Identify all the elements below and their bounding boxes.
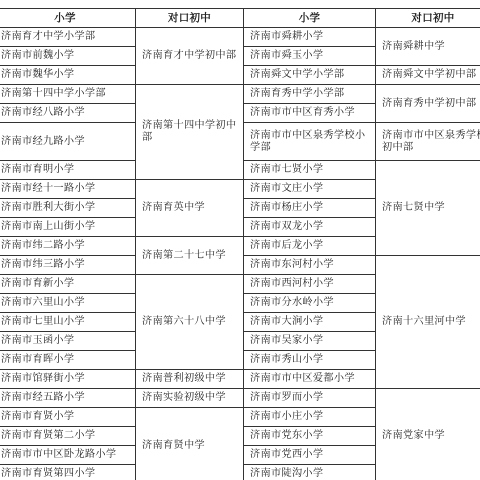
primary-school-cell: 济南市七贤小学 [244, 161, 376, 180]
primary-school-cell: 济南市市中区爱都小学 [244, 370, 376, 389]
primary-school-cell: 济南市育明小学 [0, 161, 136, 180]
header-middle-left: 对口初中 [136, 9, 244, 28]
primary-school-cell: 济南市七里山小学 [0, 313, 136, 332]
primary-school-cell: 济南市魏华小学 [0, 66, 136, 85]
primary-school-cell: 济南市经八路小学 [0, 104, 136, 123]
table-row: 济南市经五路小学 济南实验初级中学 济南市罗而小学 济南党家中学 [0, 389, 480, 408]
primary-school-cell: 济南市育晖小学 [0, 351, 136, 370]
primary-school-cell: 济南市育新小学 [0, 275, 136, 294]
header-middle-right: 对口初中 [376, 9, 480, 28]
primary-school-cell: 济南市经五路小学 [0, 389, 136, 408]
primary-school-cell: 济南第十四中学小学部 [0, 85, 136, 104]
middle-school-cell: 济南舜耕中学 [376, 28, 480, 66]
primary-school-cell: 济南市文庄小学 [244, 180, 376, 199]
middle-school-cell: 济南实验初级中学 [136, 389, 244, 408]
primary-school-cell: 济南市玉函小学 [0, 332, 136, 351]
primary-school-cell: 济南市育贤第四小学 [0, 465, 136, 480]
middle-school-cell: 济南舜文中学初中部 [376, 66, 480, 85]
middle-school-cell: 济南普利初级中学 [136, 370, 244, 389]
middle-school-cell: 济南第六十八中学 [136, 275, 244, 370]
primary-school-cell: 济南市南上山街小学 [0, 218, 136, 237]
primary-school-cell: 济南市党西小学 [244, 446, 376, 465]
primary-school-cell: 济南市育贤第二小学 [0, 427, 136, 446]
primary-school-cell: 济南市市中区泉秀学校小学部 [244, 123, 376, 161]
primary-school-cell: 济南市舜玉小学 [244, 47, 376, 66]
primary-school-cell: 济南市东河村小学 [244, 256, 376, 275]
primary-school-cell: 济南市党东小学 [244, 427, 376, 446]
middle-school-cell: 济南七贤中学 [376, 161, 480, 256]
primary-school-cell: 济南育才中学小学部 [0, 28, 136, 47]
header-primary-left: 小学 [0, 9, 136, 28]
primary-school-cell: 济南育秀中学小学部 [244, 85, 376, 104]
middle-school-cell: 济南第二十七中学 [136, 237, 244, 275]
primary-school-cell: 济南市西河村小学 [244, 275, 376, 294]
table-row: 济南育才中学小学部 济南育才中学初中部 济南市舜耕小学 济南舜耕中学 [0, 28, 480, 47]
primary-school-cell: 济南市大涧小学 [244, 313, 376, 332]
primary-school-cell: 济南市后龙小学 [244, 237, 376, 256]
primary-school-cell: 济南舜文中学小学部 [244, 66, 376, 85]
primary-school-cell: 济南市前魏小学 [0, 47, 136, 66]
primary-school-cell: 济南市胜利大街小学 [0, 199, 136, 218]
middle-school-cell: 济南育秀中学初中部 [376, 85, 480, 123]
middle-school-cell: 济南育才中学初中部 [136, 28, 244, 85]
middle-school-cell: 济南第十四中学初中部 [136, 85, 244, 180]
middle-school-cell: 济南十六里河中学 [376, 256, 480, 389]
primary-school-cell: 济南市馆驿街小学 [0, 370, 136, 389]
primary-school-cell: 济南市舜耕小学 [244, 28, 376, 47]
middle-school-cell: 济南育英中学 [136, 180, 244, 237]
primary-school-cell: 济南市经九路小学 [0, 123, 136, 161]
primary-school-cell: 济南市纬二路小学 [0, 237, 136, 256]
primary-school-cell: 济南市育贤小学 [0, 408, 136, 427]
school-district-table: 小学 对口初中 小学 对口初中 济南育才中学小学部 济南育才中学初中部 济南市舜… [0, 8, 480, 480]
primary-school-cell: 济南市陡沟小学 [244, 465, 376, 480]
primary-school-cell: 济南市六里山小学 [0, 294, 136, 313]
primary-school-cell: 济南市经十一路小学 [0, 180, 136, 199]
primary-school-cell: 济南市纬三路小学 [0, 256, 136, 275]
table-row: 济南第十四中学小学部 济南第十四中学初中部 济南育秀中学小学部 济南育秀中学初中… [0, 85, 480, 104]
primary-school-cell: 济南市市中区育秀小学 [244, 104, 376, 123]
primary-school-cell: 济南市小庄小学 [244, 408, 376, 427]
primary-school-cell: 济南市吴家小学 [244, 332, 376, 351]
primary-school-cell: 济南市杨庄小学 [244, 199, 376, 218]
primary-school-cell: 济南市分水岭小学 [244, 294, 376, 313]
primary-school-cell: 济南市罗而小学 [244, 389, 376, 408]
middle-school-cell: 济南市市中区泉秀学校初中部 [376, 123, 480, 161]
primary-school-cell: 济南市市中区卧龙路小学 [0, 446, 136, 465]
header-row: 小学 对口初中 小学 对口初中 [0, 9, 480, 28]
middle-school-cell: 济南育贤中学 [136, 408, 244, 480]
header-primary-right: 小学 [244, 9, 376, 28]
primary-school-cell: 济南市秀山小学 [244, 351, 376, 370]
middle-school-cell: 济南党家中学 [376, 389, 480, 480]
primary-school-cell: 济南市双龙小学 [244, 218, 376, 237]
